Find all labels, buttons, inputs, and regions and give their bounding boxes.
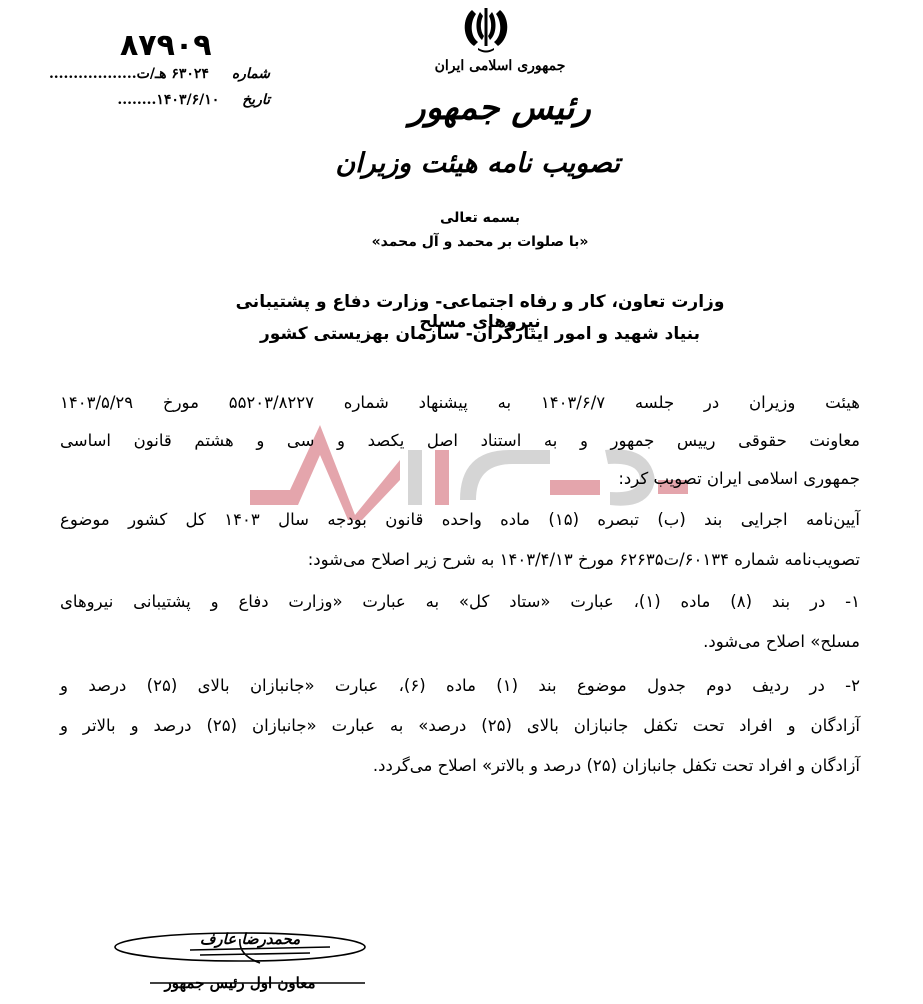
registry-number: ۸۷۹۰۹ <box>120 28 212 63</box>
intro-line-1: هیئت وزیران در جلسه ۱۴۰۳/۶/۷ به پیشنهاد … <box>60 393 860 412</box>
iran-emblem-icon <box>458 6 514 54</box>
shomare-label: شماره <box>232 66 270 82</box>
item2-line-3: آزادگان و افراد تحت تکفل جانبازان (۲۵) د… <box>60 756 860 775</box>
addressees-line-2: بنیاد شهید و امور ایثارگران- سازمان بهزی… <box>200 324 760 344</box>
intro-line-3: جمهوری اسلامی ایران تصویب کرد: <box>60 469 860 488</box>
item1-line-1: ۱- در بند (۸) ماده (۱)، عبارت «ستاد کل» … <box>60 592 860 611</box>
tarikh-value: ۱۴۰۳/۶/۱۰........ <box>117 92 219 108</box>
registry-shomare: شماره ۶۳۰۲۴ هـ/ت.................. <box>10 66 270 82</box>
item2-line-2: آزادگان و افراد تحت تکفل جانبازان بالای … <box>60 716 860 735</box>
signatory-title: معاون اول رئیس جمهور <box>150 974 330 992</box>
header-document-type: تصویب نامه هیئت وزیران <box>380 148 620 179</box>
header-office: رئیس جمهور <box>380 88 620 128</box>
item1-line-2: مسلح» اصلاح می‌شود. <box>60 632 860 651</box>
para2-line-1: آیین‌نامه اجرایی بند (ب) تبصره (۱۵) ماده… <box>60 510 860 529</box>
header-country: جمهوری اسلامی ایران <box>380 58 620 74</box>
salavat: «با صلوات بر محمد و آل محمد» <box>360 234 600 250</box>
registry-tarikh: تاریخ ۱۴۰۳/۶/۱۰........ <box>90 92 270 108</box>
signatory-name: محمدرضا عارف <box>170 930 330 948</box>
shomare-value: ۶۳۰۲۴ هـ/ت.................. <box>49 66 209 82</box>
bismillah: بسمه تعالی <box>360 210 600 226</box>
tarikh-label: تاریخ <box>242 92 270 108</box>
para2-line-2: تصویب‌نامه شماره ۶۰۱۳۴/ت۶۲۶۳۵ مورخ ۱۴۰۳/… <box>60 550 860 569</box>
item2-line-1: ۲- در ردیف دوم جدول موضوع بند (۱) ماده (… <box>60 676 860 695</box>
intro-line-2: معاونت حقوقی رییس جمهور و به استناد اصل … <box>60 431 860 450</box>
